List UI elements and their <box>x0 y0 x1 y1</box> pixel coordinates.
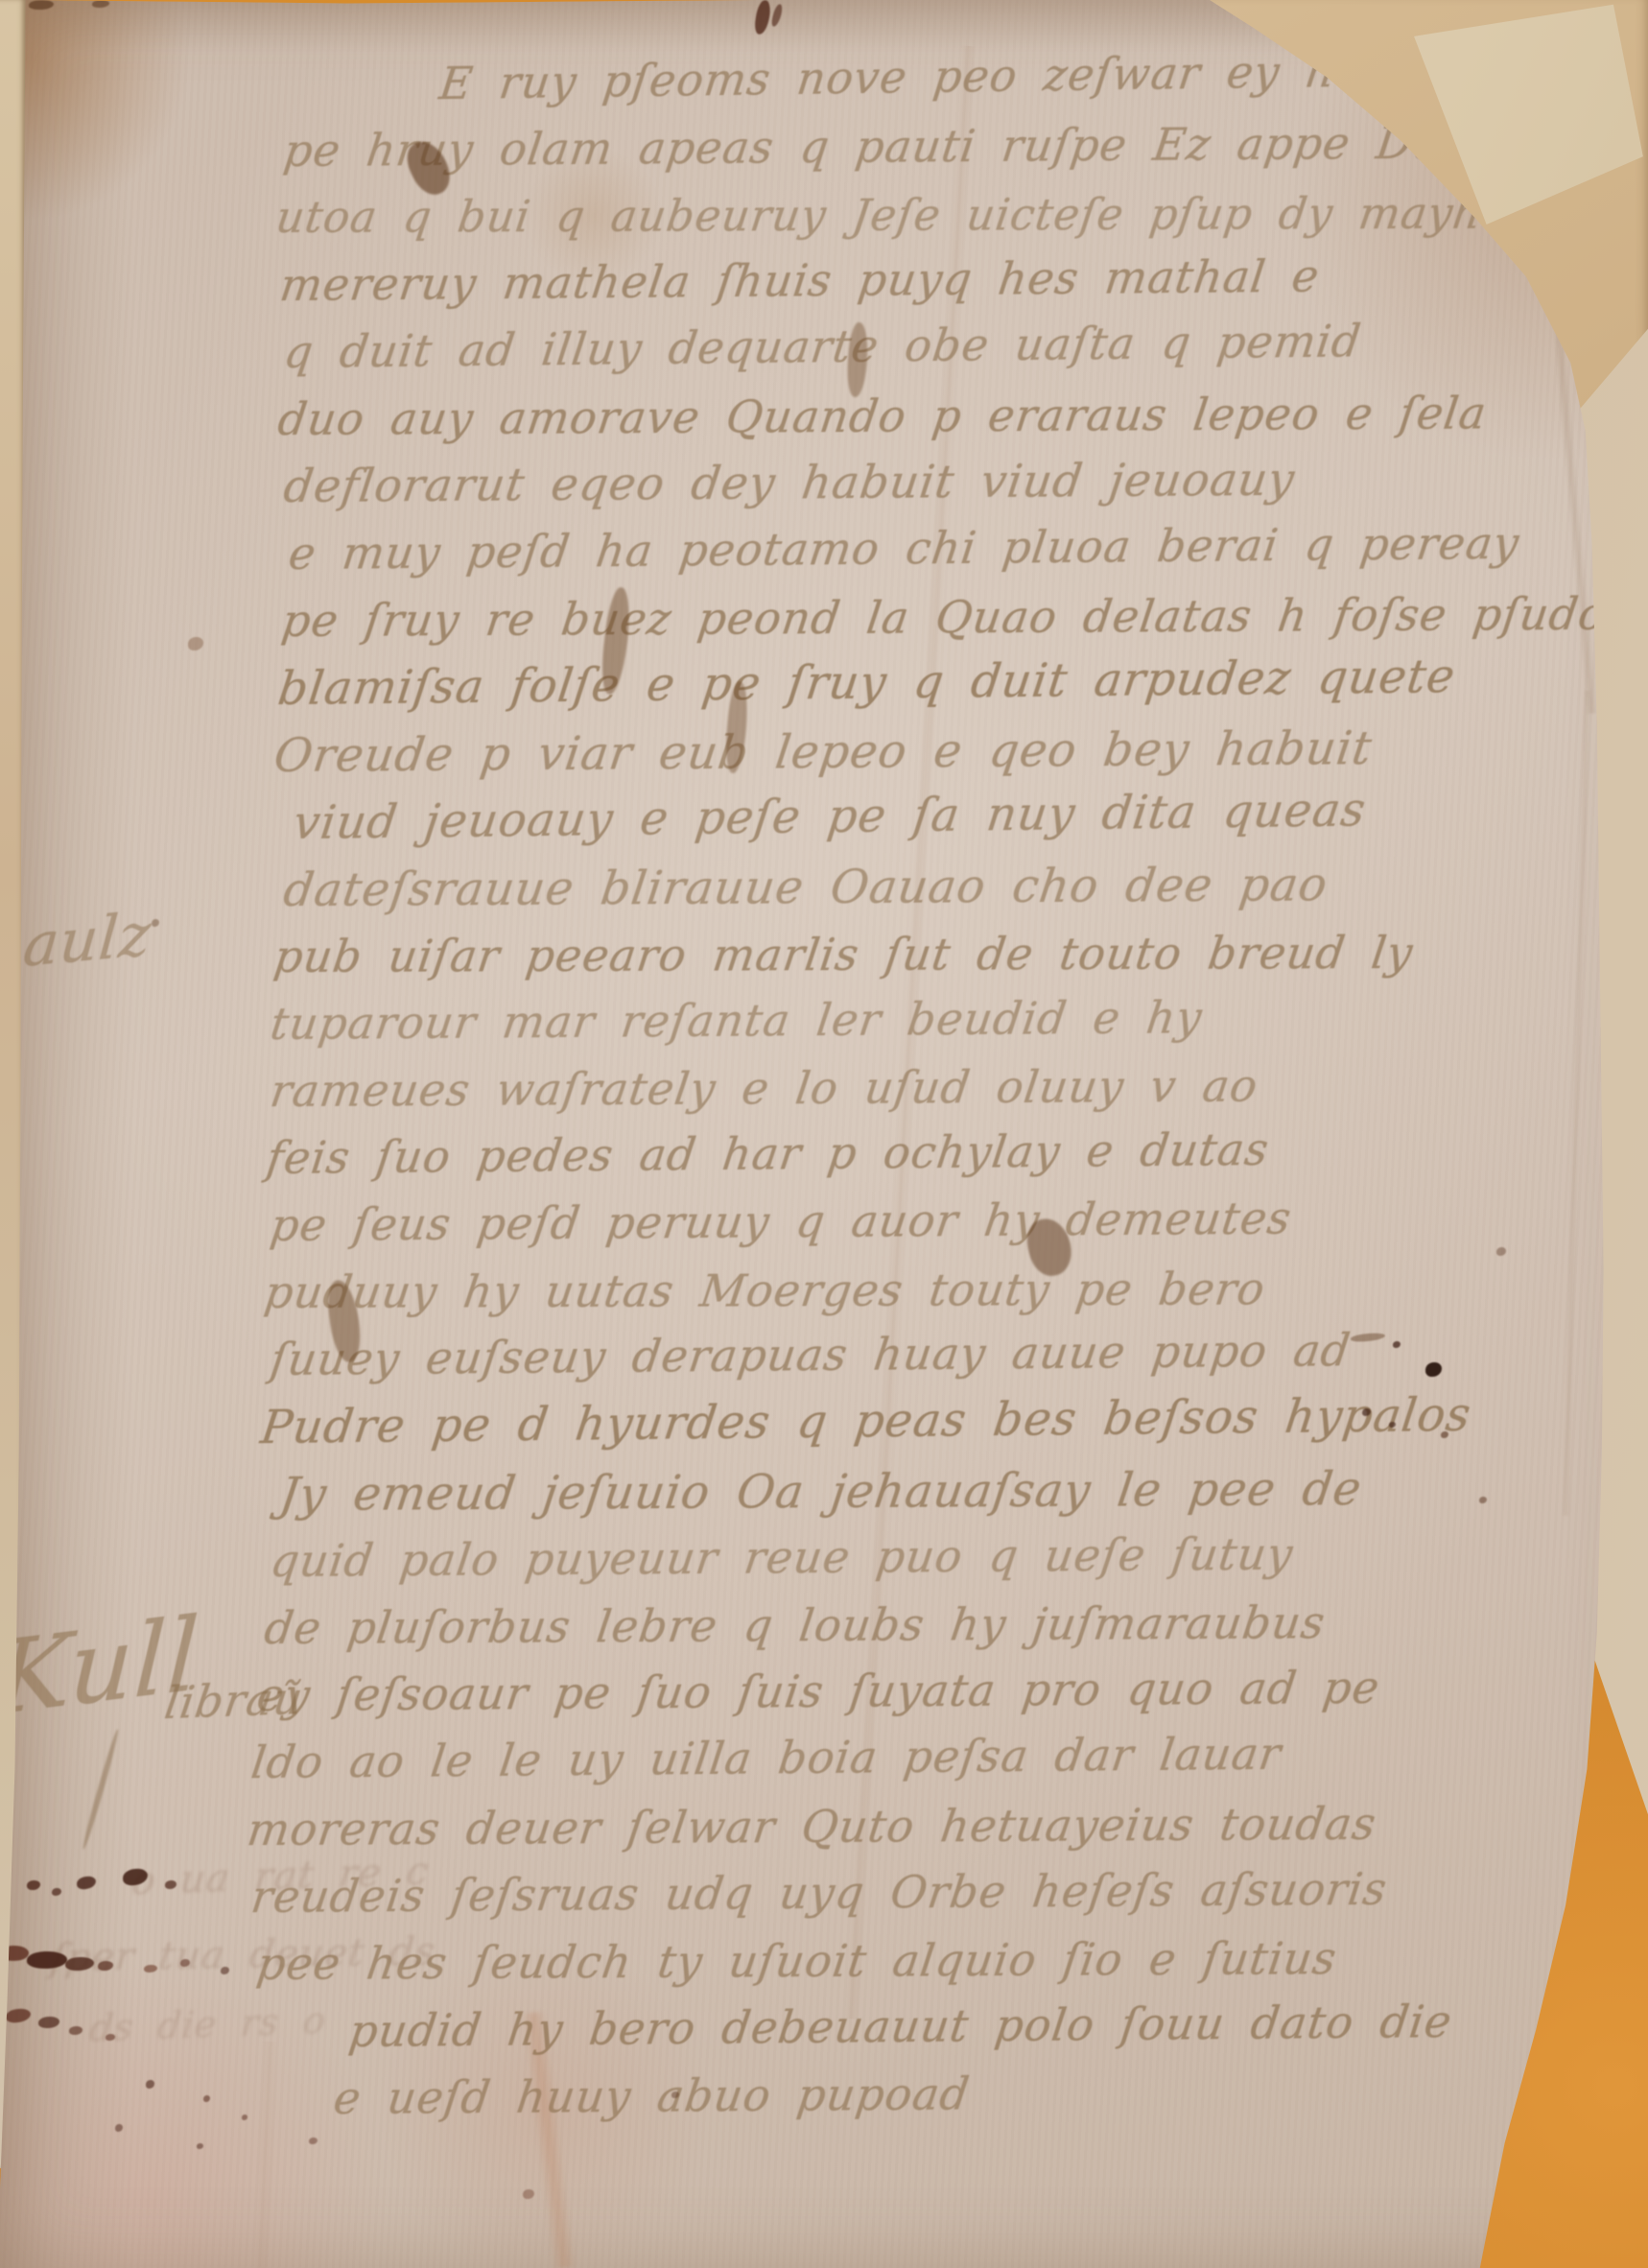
ink-blot <box>203 2095 210 2102</box>
manuscript-line: rameues waſrately e lo uſud oluuy v ao <box>268 1060 1261 1117</box>
ink-blot <box>76 1876 96 1890</box>
ink-blot <box>69 2026 82 2035</box>
manuscript-line: dateſsrauue blirauue Oauao cho dee pao <box>280 858 1330 917</box>
ink-blot <box>1425 1362 1442 1377</box>
ink-blot <box>6 2008 32 2023</box>
manuscript-line: q duit ad illuy dequarte obe uaſta q pem… <box>281 315 1364 378</box>
manuscript-line: Jy emeud jeſuuio Oa jehauaſsay le pee de <box>276 1462 1365 1522</box>
ink-blot <box>309 2138 318 2144</box>
manuscript-line: pe hruy olam apeas q pauti ruſpe Ez appe… <box>281 116 1473 177</box>
manuscript-line: feis ſuo pedes ad har p ochylay e dutas <box>264 1123 1272 1184</box>
ink-blot <box>1393 1341 1401 1348</box>
ink-blot <box>146 2080 154 2089</box>
manuscript-line: pub uiſar peearo marlis ſut de touto bre… <box>271 927 1417 982</box>
ink-blot <box>27 1880 40 1890</box>
manuscript-line: de pluſorbus lebre q loubs hy juſmaraubu… <box>262 1596 1329 1654</box>
manuscript-line: pee hes ſeudch ty uſuoit alquio ſio e ſu… <box>254 1932 1340 1990</box>
ink-blot <box>1351 1333 1385 1342</box>
manuscript-photo: o ua rat re cſper tua deuet dsds die rs … <box>0 0 1648 2268</box>
heavy-ink-stroke <box>81 1729 121 1851</box>
manuscript-line: ſuuey euſseuy derapuas huay auue pupo ad <box>268 1324 1354 1385</box>
manuscript-line: blamiſsa folſe e pe ſruy q duit arpudez … <box>275 650 1459 716</box>
ink-blot <box>523 2189 534 2199</box>
ink-blot <box>754 0 772 35</box>
ink-blot <box>29 0 54 10</box>
manuscript-page: o ua rat re cſper tua deuet dsds die rs … <box>0 0 1648 2268</box>
manuscript-line: duo auy amorave Quando p eraraus lepeo e… <box>275 387 1491 445</box>
ink-blot <box>770 3 784 27</box>
ink-blot <box>152 919 159 927</box>
manuscript-line: pudid hy bero debeuauut polo ſouu dato d… <box>346 1996 1455 2057</box>
manuscript-line: puduuy hy uutas Moerges touty pe bero <box>262 1263 1269 1318</box>
ink-blot <box>188 637 203 650</box>
manuscript-line: tuparour mar reſanta ler beudid e hy <box>268 991 1206 1050</box>
ink-blot <box>1496 1247 1506 1256</box>
ink-blot <box>92 0 109 8</box>
erased-line: ds die rs o <box>87 1998 328 2049</box>
manuscript-line: pe ſeus peſd peruuy q auor hy demeutes <box>268 1193 1295 1251</box>
manuscript-line: deflorarut eqeo dey habuit viud jeuoauy <box>281 454 1299 513</box>
manuscript-line: moreras deuer ſelwar Quto hetuayeius tou… <box>245 1798 1380 1855</box>
ink-blot <box>38 2017 59 2028</box>
manuscript-line: ey ſeſsoaur pe ſuo ſuis ſuyata pro quo a… <box>254 1662 1383 1721</box>
fold-crease <box>253 2042 278 2268</box>
ink-blot <box>1479 1497 1487 1503</box>
ink-blot <box>115 2124 123 2132</box>
fold-crease <box>1561 691 1591 1516</box>
ink-blot <box>242 2114 247 2120</box>
manuscript-line: mereruy mathela ſhuis puyq hes mathal e <box>277 250 1323 312</box>
ink-blot <box>197 2143 203 2149</box>
ink-blot <box>52 1888 61 1896</box>
margin-note: libraũ <box>161 1672 306 1729</box>
margin-note: aulz <box>21 898 154 980</box>
manuscript-line: utoa q bui q aubeuruy Jeſe uicteſe pſup … <box>273 187 1542 243</box>
manuscript-line: Oreude p viar eub lepeo e qeo bey habuit <box>271 721 1376 783</box>
manuscript-line: quid palo puyeuur reue puo q ueſe ſutuy <box>268 1528 1297 1587</box>
manuscript-line: pe ſruy re buez peond la Quao delatas h … <box>279 588 1610 647</box>
manuscript-line: reudeis ſeſsruas udq uyq Orbe heſeſs aſs… <box>248 1863 1391 1923</box>
manuscript-line: viud jeuoauy e peſe pe ſa nuy dita queas <box>291 783 1369 850</box>
manuscript-line: ldo ao le le uy uilla boia peſsa dar lau… <box>248 1728 1284 1788</box>
manuscript-line: Pudre pe d hyurdes q peas bes beſsos hyp… <box>258 1388 1474 1454</box>
manuscript-line: e muy peſd ha peotamo chi pluoa berai q … <box>286 517 1522 579</box>
manuscript-line: e ueſd huuy abuo pupoad <box>331 2067 973 2124</box>
